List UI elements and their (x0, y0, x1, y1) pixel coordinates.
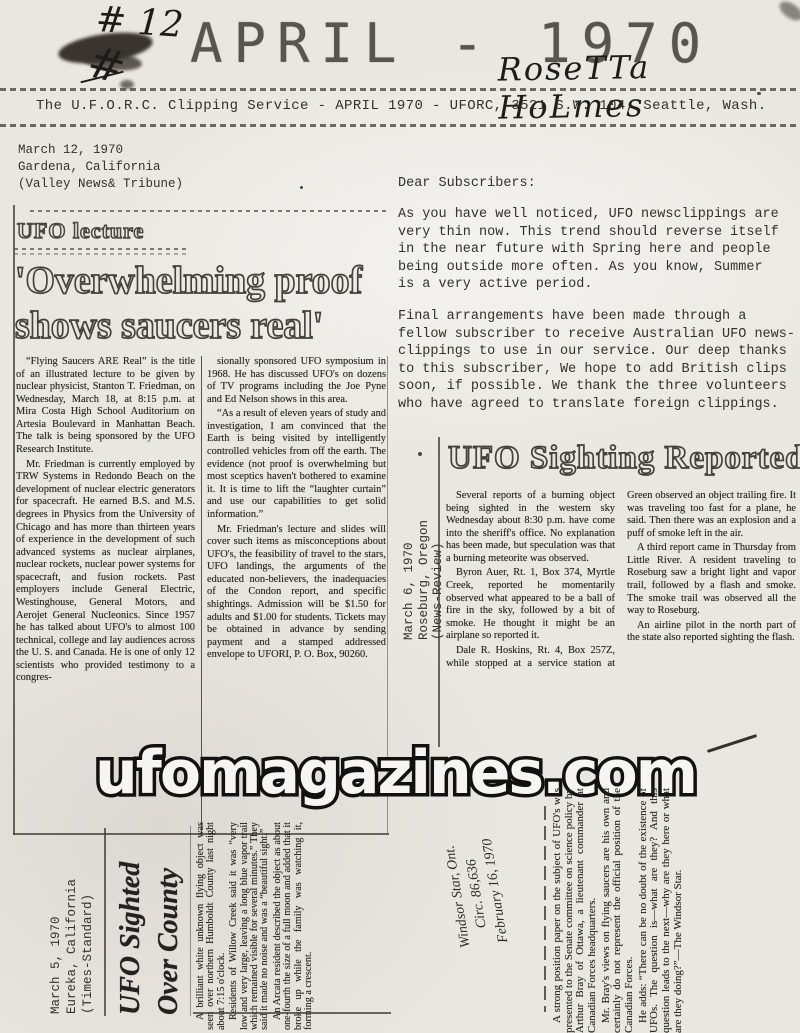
headline-eureka-line1: UFO Sighted (112, 823, 150, 1015)
letter-paragraph-1: As you have well noticed, UFO newsclippi… (398, 206, 798, 294)
divider-header-bottom (0, 124, 800, 127)
headline-eureka: UFO Sighted Over County (112, 823, 190, 1015)
paragraph: An airline pilot in the north part of th… (627, 620, 796, 645)
headline-eureka-line2: Over County (150, 823, 188, 1015)
speck (757, 92, 761, 95)
windsor-border-top (544, 806, 546, 1012)
paragraph: A strong position paper on the subject o… (552, 788, 599, 1033)
source-note-windsor: Windsor Star, Ont. Circ. 86,636 February… (435, 804, 525, 982)
paragraph: An Arcata resident described the object … (273, 822, 315, 1030)
paragraph: He adds: “There can be no doubt of the e… (638, 788, 685, 1033)
headline-line2: shows saucers real' (15, 303, 323, 348)
source-note-eureka: March 5, 1970 Eureka, California (Times-… (48, 828, 100, 1014)
service-address-line: The U.F.O.R.C. Clipping Service - APRIL … (36, 98, 767, 114)
headline-roseburg: UFO Sighting Reported (448, 440, 800, 477)
eureka-border-bottom (193, 1012, 391, 1014)
paragraph: Residents of Willow Creek said it was “v… (229, 822, 271, 1030)
kicker-ufo-lecture: UFO lecture (17, 218, 144, 244)
eureka-headline-rule (190, 826, 191, 1016)
paragraph: “Flying Saucers ARE Real” is the title o… (16, 356, 195, 457)
letter-salutation: Dear Subscribers: (398, 176, 536, 191)
paragraph: sionally sponsored UFO symposium in 1968… (207, 356, 386, 406)
headline-line1: 'Overwhelming proof (15, 258, 362, 303)
paragraph: A third report came in Thursday from Lit… (627, 542, 796, 617)
kicker-underline (14, 248, 190, 250)
paragraph: Mr. Bray's views on flying saucers are h… (601, 788, 636, 1033)
article-body-windsor: A strong position paper on the subject o… (552, 788, 800, 1033)
article-body-eureka: A brilliant white unknown flying object … (196, 822, 392, 1030)
clipping-service-page: # 12 # APRIL - 1970 RoseTTa HoLmes The U… (0, 0, 800, 1033)
speck (300, 186, 303, 189)
article-body-roseburg: Several reports of a burning object bein… (446, 490, 796, 746)
paragraph: Several reports of a burning object bein… (446, 490, 615, 565)
paragraph: A brilliant white unknown flying object … (196, 822, 227, 1030)
kicker-underline-2 (14, 253, 190, 255)
roseburg-border-left (438, 437, 440, 747)
scan-edge-mark (776, 0, 800, 24)
paragraph: “As a result of eleven years of study an… (207, 408, 386, 521)
handwritten-signature: RoseTTa HoLmes (497, 45, 800, 126)
source-note-gardena: March 12, 1970 Gardena, California (Vall… (18, 142, 183, 193)
eureka-border-top (104, 828, 106, 1016)
divider-top (0, 88, 800, 91)
speck (418, 452, 422, 456)
letter-paragraph-2: Final arrangements have been made throug… (398, 308, 798, 414)
paragraph: Mr. Friedman's lecture and slides will c… (207, 524, 386, 662)
paragraph: Byron Auer, Rt. 1, Box 374, Myrtle Creek… (446, 567, 615, 642)
paragraph: Mr. Friedman is currently employed by TR… (16, 459, 195, 685)
clipping-top-rule (30, 210, 390, 212)
